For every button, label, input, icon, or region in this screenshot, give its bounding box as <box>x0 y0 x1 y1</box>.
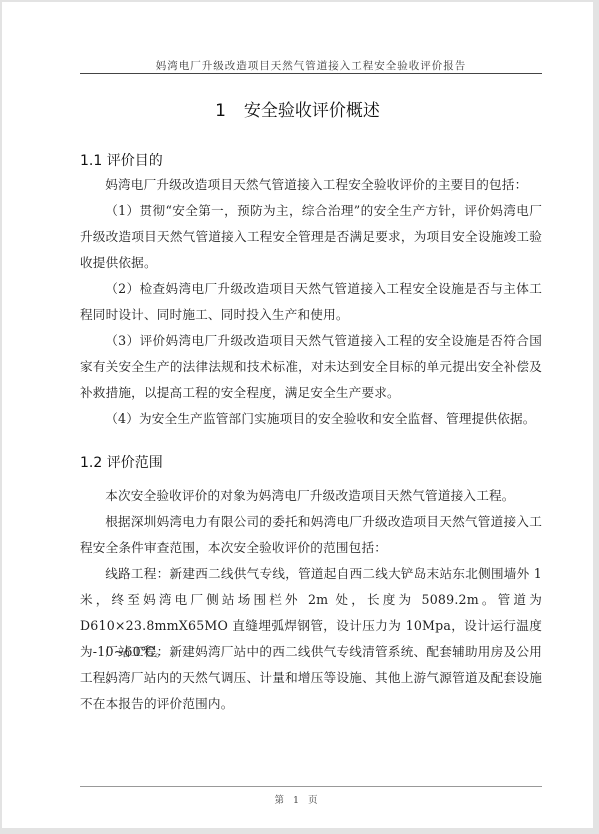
paragraph: 根据深圳妈湾电力有限公司的委托和妈湾电厂升级改造项目天然气管道接入工程安全条件审… <box>80 509 542 561</box>
document-page: 妈湾电厂升级改造项目天然气管道接入工程安全验收评价报告 1安全验收评价概述 1.… <box>2 2 593 828</box>
section-heading-1-1: 1.1 评价目的 <box>80 150 163 170</box>
paragraph: （1）贯彻“安全第一，预防为主，综合治理”的安全生产方针，评价妈湾电厂升级改造项… <box>80 198 542 276</box>
paragraph: （4）为安全生产监管部门实施项目的安全验收和安全监督、管理提供依据。 <box>80 406 542 432</box>
paragraph: 妈湾厂站内的天然气调压、计量和增压等设施、其他上游气源管道及配套设施不在本报告的… <box>80 665 542 717</box>
paragraph: （2）检查妈湾电厂升级改造项目天然气管道接入工程安全设施是否与主体工程同时设计、… <box>80 276 542 328</box>
chapter-title: 1安全验收评价概述 <box>2 96 593 121</box>
paragraph: 妈湾电厂升级改造项目天然气管道接入工程安全验收评价的主要目的包括： <box>80 172 542 198</box>
section-number: 1.1 <box>80 153 102 169</box>
chapter-heading: 安全验收评价概述 <box>244 101 380 121</box>
section-title: 评价目的 <box>107 153 163 169</box>
header-divider <box>80 73 542 74</box>
paragraph: 本次安全验收评价的对象为妈湾电厂升级改造项目天然气管道接入工程。 <box>80 483 542 509</box>
section-title: 评价范围 <box>107 455 163 471</box>
section-heading-1-2: 1.2 评价范围 <box>80 452 163 472</box>
running-header: 妈湾电厂升级改造项目天然气管道接入工程安全验收评价报告 <box>80 58 542 73</box>
section-number: 1.2 <box>80 455 102 471</box>
footer-divider <box>80 786 542 787</box>
paragraph: （3）评价妈湾电厂升级改造项目天然气管道接入工程的安全设施是否符合国家有关安全生… <box>80 328 542 406</box>
chapter-number: 1 <box>215 101 226 121</box>
page-number: 第 1 页 <box>2 792 593 806</box>
